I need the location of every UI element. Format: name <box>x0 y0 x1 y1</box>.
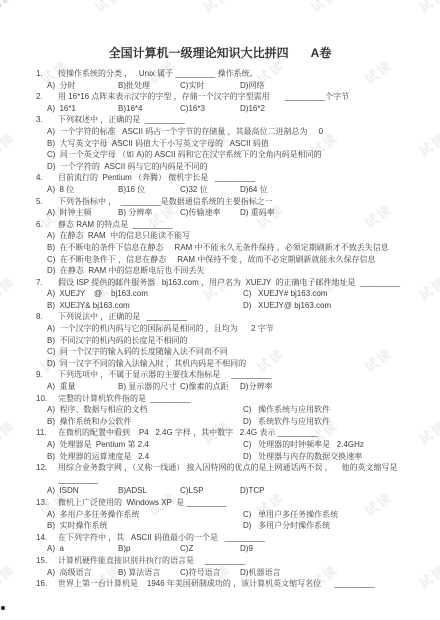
option-item: B)16 位 <box>118 184 180 196</box>
options-row: A) XUEJY @ bj163.comC) XUEJY# bj163.com <box>47 288 426 300</box>
question-item: 11.在微机的配置中看到 P4 2.4G 字样 ，其中数字 2.4G 表示 __… <box>36 427 426 462</box>
question-item: 2.用 16*16 点阵来表示汉字的字型 ，存储一个汉字的字型需用 ______… <box>36 91 426 114</box>
question-stem: 按操作系统的分类 ， Unix 属于 _________ 操作系统。 <box>58 68 426 80</box>
options-row: A) 程序、数据与相应的文档C) 操作系统与应用软件 <box>47 404 426 416</box>
option-item: C)LSP <box>180 485 240 497</box>
option-item: B) 在不断电的条件下信息在静态 RAM 中不能永久无条件保持 ，必须定期刷新才… <box>47 242 426 254</box>
question-stem: 微机上广泛使用的 Windows XP 是 _________ <box>58 497 426 509</box>
question-item: 12.用综合业务数字网 ，（又称一线通） 接入因特网的优点的是上网通话两不误 ，… <box>36 462 426 497</box>
options-row: A) 时钟主频B) 分辨率C)传输速率D) 重码率 <box>47 207 426 219</box>
options-row: A) ISDNB)ADSLC)LSPD)TCP <box>47 485 426 497</box>
question-stem: 假设 ISP 提供的邮件服务器 bj163.com ，用户名为 XUEJY 的正… <box>58 277 426 289</box>
question-stem: 下列说法中 ，正确的是 _________ <box>58 311 426 323</box>
question-stem: 完整的计算机软件指的是 _________ <box>58 393 426 405</box>
question-stem: 用综合业务数字网 ，（又称一线通） 接入因特网的优点的是上网通话两不误 ， 他的… <box>58 462 426 485</box>
option-item: D)网络 <box>240 80 426 92</box>
option-item: B) 分辨率 <box>118 207 180 219</box>
option-item: B) 处理器的运算速度是 2.4 <box>47 451 243 463</box>
option-item: D) 重码率 <box>240 207 426 219</box>
question-body: 下列各指标中 ， _________是数据通信系统的主要指标之一A) 时钟主频B… <box>58 196 426 219</box>
options-row: A) 分时B)批处理C)实时D)网络 <box>47 80 426 92</box>
option-item: B)批处理 <box>118 80 180 92</box>
question-body: 下列叙述中 ，正确的是 _________A) 一个字符的标准 ASCII 码占… <box>58 114 426 172</box>
question-item: 3.下列叙述中 ，正确的是 _________A) 一个字符的标准 ASCII … <box>36 114 426 172</box>
option-item: D)9 <box>240 543 426 555</box>
options-row: D) 在静态 RAM 中的信息断电后也不回丢失 <box>47 265 426 277</box>
option-item: C)实时 <box>180 80 240 92</box>
option-item: B) 显示器的尺寸 <box>118 381 180 393</box>
option-item: A) 8 位 <box>47 184 118 196</box>
question-body: 下列说法中 ，正确的是 _________A) 一个汉字的机内码与它的国际码是相… <box>58 311 426 369</box>
options-row: B) 处理器的运算速度是 2.4D) 处理器与内存的数据交换速率 <box>47 451 426 463</box>
options-row: A) 一个字符的标准 ASCII 码占一个字节的存储量 ，其最高位二进制总为 0 <box>47 126 426 138</box>
option-item: D)TCP <box>240 485 426 497</box>
question-item: 9.下列选项中 ，不属于显示器的主要技术指标是 _________A) 重量B)… <box>36 369 426 392</box>
option-item: C)传输速率 <box>180 207 240 219</box>
option-item: C) 同一个英文字母 （如 A)的 ASCII 码和它在汉字系统下的全角内码是相… <box>47 149 426 161</box>
document-page: 试读试读试读试读试读试读试读试读试读试读试读试读试读试读试读试读试读试读试读试读… <box>0 0 440 620</box>
question-body: 按操作系统的分类 ， Unix 属于 _________ 操作系统。A) 分时B… <box>58 68 426 91</box>
option-item: D)16*2 <box>240 103 426 115</box>
question-item: 14.在下列字符中 ，其 ASCII 码值最小的一个是 _________A) … <box>36 532 426 555</box>
option-item: B) 大写英文字母 ASCII 码值大于小写英文字母的 ASCII 码值 <box>47 138 426 150</box>
options-row: B) 在不断电的条件下信息在静态 RAM 中不能永久无条件保持 ，必须定期刷新才… <box>47 242 426 254</box>
options-row: C) 同一个英文字母 （如 A)的 ASCII 码和它在汉字系统下的全角内码是相… <box>47 149 426 161</box>
question-stem: 下列各指标中 ， _________是数据通信系统的主要指标之一 <box>58 196 426 208</box>
question-item: 5.下列各指标中 ， _________是数据通信系统的主要指标之一A) 时钟主… <box>36 196 426 219</box>
options-row: A) 一个汉字的机内码与它的国际码是相同的 ，且均为 2 字节 <box>47 323 426 335</box>
options-row: A) 8 位B)16 位C)32 位D)64 位 <box>47 184 426 196</box>
question-stem: 目前流行的 Pentium （奔腾） 微机字长是 _________ <box>58 172 426 184</box>
option-item: D)机器语言 <box>240 567 426 579</box>
question-stem: 下列叙述中 ，正确的是 _________ <box>58 114 426 126</box>
question-body: 在下列字符中 ，其 ASCII 码值最小的一个是 _________A) aB)… <box>58 532 426 555</box>
option-item: A) 多用户多任务操作系统 <box>47 509 243 521</box>
options-row: B) 实时操作系统D) 多用户分时操作系统 <box>47 520 426 532</box>
option-item: A) 16*1 <box>47 103 118 115</box>
question-body: 微机上广泛使用的 Windows XP 是 _________A) 多用户多任务… <box>58 497 426 532</box>
watermark: 试读 <box>0 0 18 16</box>
question-body: 下列选项中 ，不属于显示器的主要技术指标是 _________A) 重量B) 显… <box>58 369 426 392</box>
option-item: C) 单用户多任务操作系统 <box>243 509 426 521</box>
option-item: A) 时钟主频 <box>47 207 118 219</box>
option-item: B) 实时操作系统 <box>47 520 243 532</box>
option-item: B) XUEJY& bj163.com <box>47 300 243 312</box>
options-row: B) 大写英文字母 ASCII 码值大于小写英文字母的 ASCII 码值 <box>47 138 426 150</box>
question-body: 世界上第一台计算机是 1946 年美国研制成功的 ，该计算机英文缩写名位 ___… <box>58 578 426 590</box>
question-body: 目前流行的 Pentium （奔腾） 微机字长是 _________A) 8 位… <box>58 172 426 195</box>
option-item: A) 在静态 RAM 中的信息只能读不能写 <box>47 230 426 242</box>
option-item: D) 多用户分时操作系统 <box>243 520 426 532</box>
option-item: D)分辨率 <box>240 381 426 393</box>
question-item: 15.计算机硬件能直接识别并执行的语言是 _________A) 高级语言B) … <box>36 555 426 578</box>
question-body: 计算机硬件能直接识别并执行的语言是 _________A) 高级语言B) 算法语… <box>58 555 426 578</box>
question-item: 1.按操作系统的分类 ， Unix 属于 _________ 操作系统。A) 分… <box>36 68 426 91</box>
options-row: A) 重量B) 显示器的尺寸C)像素的点距D)分辨率 <box>47 381 426 393</box>
option-item: D)64 位 <box>240 184 426 196</box>
option-item: C)符号语言 <box>180 567 240 579</box>
watermark: 试读 <box>90 0 125 16</box>
options-row: A) 处理器是 Pentium 第 2.4C) 处理器的时钟频率是 2.4GHz <box>47 439 426 451</box>
options-row: C) 同一个汉字的输入码的长度随输入法不同而不同 <box>47 346 426 358</box>
question-body: 完整的计算机软件指的是 _________A) 程序、数据与相应的文档C) 操作… <box>58 393 426 428</box>
option-item: B)16*4 <box>118 103 180 115</box>
options-row: A) 16*1B)16*4C)16*3D)16*2 <box>47 103 426 115</box>
option-item: D) XUEJY@ bj163.com <box>243 300 426 312</box>
question-body: 假设 ISP 提供的邮件服务器 bj163.com ，用户名为 XUEJY 的正… <box>58 277 426 312</box>
options-row: B) XUEJY& bj163.comD) XUEJY@ bj163.com <box>47 300 426 312</box>
option-item: C)16*3 <box>180 103 240 115</box>
ink-dot-artifact <box>1 606 5 610</box>
option-item: B) 算法语言 <box>118 567 180 579</box>
question-body: 用 16*16 点阵来表示汉字的字型 ，存储一个汉字的字型需用 ________… <box>58 91 426 114</box>
options-row: A) 多用户多任务操作系统C) 单用户多任务操作系统 <box>47 509 426 521</box>
question-body: 用综合业务数字网 ，（又称一线通） 接入因特网的优点的是上网通话两不误 ， 他的… <box>58 462 426 497</box>
option-item: A) a <box>47 543 118 555</box>
option-item: C)32 位 <box>180 184 240 196</box>
question-body: 在微机的配置中看到 P4 2.4G 字样 ，其中数字 2.4G 表示 _____… <box>58 427 426 462</box>
option-item: B) 操作系统和办公软件 <box>47 416 243 428</box>
option-item: B)p <box>118 543 180 555</box>
option-item: D) 在静态 RAM 中的信息断电后也不回丢失 <box>47 265 426 277</box>
options-row: A) 高级语言B) 算法语言C)符号语言D)机器语言 <box>47 567 426 579</box>
question-item: 10.完整的计算机软件指的是 _________A) 程序、数据与相应的文档C)… <box>36 393 426 428</box>
option-item: A) 分时 <box>47 80 118 92</box>
option-item: D) 处理器与内存的数据交换速率 <box>243 451 426 463</box>
document-content: 全国计算机一级理论知识大比拼四 A卷 1.按操作系统的分类 ， Unix 属于 … <box>0 44 440 590</box>
question-stem: 世界上第一台计算机是 1946 年美国研制成功的 ，该计算机英文缩写名位 ___… <box>58 578 426 590</box>
question-item: 6.静态 RAM 的特点是 _________A) 在静态 RAM 中的信息只能… <box>36 219 426 277</box>
watermark: 试读 <box>306 0 341 16</box>
question-item: 16.世界上第一台计算机是 1946 年美国研制成功的 ，该计算机英文缩写名位 … <box>36 578 426 590</box>
option-item: A) 处理器是 Pentium 第 2.4 <box>47 439 243 451</box>
question-stem: 静态 RAM 的特点是 _________ <box>58 219 426 231</box>
option-item: A) 一个字符的标准 ASCII 码占一个字节的存储量 ，其最高位二进制总为 0 <box>47 126 426 138</box>
option-item: A) 高级语言 <box>47 567 118 579</box>
option-item: D) 一个字符的 ASCII 码与它的内码是不同的 <box>47 161 426 173</box>
option-item: A) 程序、数据与相应的文档 <box>47 404 243 416</box>
option-item: C) 处理器的时钟频率是 2.4GHz <box>243 439 426 451</box>
question-item: 8.下列说法中 ，正确的是 _________A) 一个汉字的机内码与它的国际码… <box>36 311 426 369</box>
question-number: 16. <box>36 578 58 590</box>
option-item: C) 同一个汉字的输入码的长度随输入法不同而不同 <box>47 346 426 358</box>
options-row: A) 在静态 RAM 中的信息只能读不能写 <box>47 230 426 242</box>
watermark: 试读 <box>198 0 233 16</box>
option-item: A) 一个汉字的机内码与它的国际码是相同的 ，且均为 2 字节 <box>47 323 426 335</box>
option-item: A) 重量 <box>47 381 118 393</box>
question-stem: 下列选项中 ，不属于显示器的主要技术指标是 _________ <box>58 369 426 381</box>
options-row: B) 操作系统和办公软件D) 系统软件与应用软件 <box>47 416 426 428</box>
paper-label: A卷 <box>311 44 332 61</box>
question-stem: 在下列字符中 ，其 ASCII 码值最小的一个是 _________ <box>58 532 426 544</box>
question-item: 4.目前流行的 Pentium （奔腾） 微机字长是 _________A) 8… <box>36 172 426 195</box>
option-item: C) 在不断电条件下 ，信息在静态 RAM 中保持不变 ，故而不必定期刷新就能永… <box>47 254 426 266</box>
option-item: A) XUEJY @ bj163.com <box>47 288 243 300</box>
option-item: B)ADSL <box>118 485 180 497</box>
options-row: D) 一个字符的 ASCII 码与它的内码是不同的 <box>47 161 426 173</box>
options-row: A) aB)pC)ZD)9 <box>47 543 426 555</box>
question-stem: 用 16*16 点阵来表示汉字的字型 ，存储一个汉字的字型需用 ________… <box>58 91 426 103</box>
option-item: A) ISDN <box>47 485 118 497</box>
option-item: C) 操作系统与应用软件 <box>243 404 426 416</box>
option-item: D) 系统软件与应用软件 <box>243 416 426 428</box>
questions: 1.按操作系统的分类 ， Unix 属于 _________ 操作系统。A) 分… <box>36 68 426 590</box>
options-row: C) 在不断电条件下 ，信息在静态 RAM 中保持不变 ，故而不必定期刷新就能永… <box>47 254 426 266</box>
option-item: C)Z <box>180 543 240 555</box>
options-row: D) 同一汉字不同的输入法输入时 ，其机内码是不相同的 <box>47 358 426 370</box>
option-item: B) 不同汉字的机内码的长度是不相同的 <box>47 335 426 347</box>
watermark: 试读 <box>414 0 440 16</box>
page-title: 全国计算机一级理论知识大比拼四 <box>109 44 289 61</box>
question-item: 7.假设 ISP 提供的邮件服务器 bj163.com ，用户名为 XUEJY … <box>36 277 426 312</box>
question-stem: 计算机硬件能直接识别并执行的语言是 _________ <box>58 555 426 567</box>
option-item: C) XUEJY# bj163.com <box>243 288 426 300</box>
options-row: B) 不同汉字的机内码的长度是不相同的 <box>47 335 426 347</box>
title-row: 全国计算机一级理论知识大比拼四 A卷 <box>0 44 440 61</box>
option-item: D) 同一汉字不同的输入法输入时 ，其机内码是不相同的 <box>47 358 426 370</box>
question-body: 静态 RAM 的特点是 _________A) 在静态 RAM 中的信息只能读不… <box>58 219 426 277</box>
question-stem: 在微机的配置中看到 P4 2.4G 字样 ，其中数字 2.4G 表示 _____… <box>58 427 426 439</box>
option-item: C)像素的点距 <box>180 381 240 393</box>
question-item: 13.微机上广泛使用的 Windows XP 是 _________A) 多用户… <box>36 497 426 532</box>
